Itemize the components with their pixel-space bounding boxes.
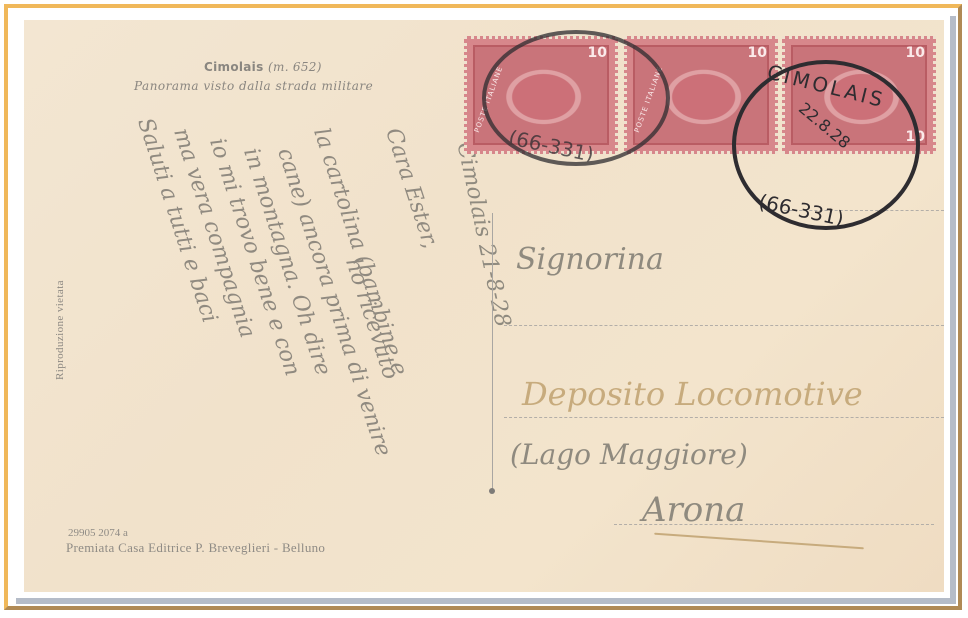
handwritten-message: Cara Ester, ho ricevuto la cartolina (ba… [84, 105, 484, 545]
message-line: Cara Ester, [380, 125, 442, 252]
reproduction-notice: Riproduzione vietata [54, 280, 66, 380]
postmark: CIMOLAIS 22.8.28 (66-331) [732, 60, 920, 230]
address-rule [504, 417, 944, 418]
address-rule [504, 325, 944, 326]
printed-title: Cimolais (m. 652) [204, 60, 322, 74]
address-divider [492, 213, 493, 493]
postmark-date: 22.8.28 [795, 99, 854, 153]
postmark-code: (66-331) [756, 189, 846, 230]
divider-dot [489, 488, 495, 494]
printed-subtitle: Panorama visto dalla strada militare [134, 79, 373, 93]
stamp-value: 10 [748, 45, 767, 61]
address-line-1: Deposito Locomotive [522, 375, 863, 413]
stamp-value: 10 [906, 45, 925, 61]
address-underline [654, 533, 864, 550]
address-recipient: Signorina [516, 242, 664, 277]
postcard: Cimolais (m. 652) Panorama visto dalla s… [24, 20, 944, 592]
postmark: (66-331) [482, 30, 670, 166]
title-place: Cimolais [204, 60, 264, 74]
address-city: Arona [642, 490, 745, 530]
address-line-2: (Lago Maggiore) [510, 438, 748, 471]
title-altitude: (m. 652) [268, 60, 322, 74]
postmark-code: (66-331) [506, 125, 596, 166]
